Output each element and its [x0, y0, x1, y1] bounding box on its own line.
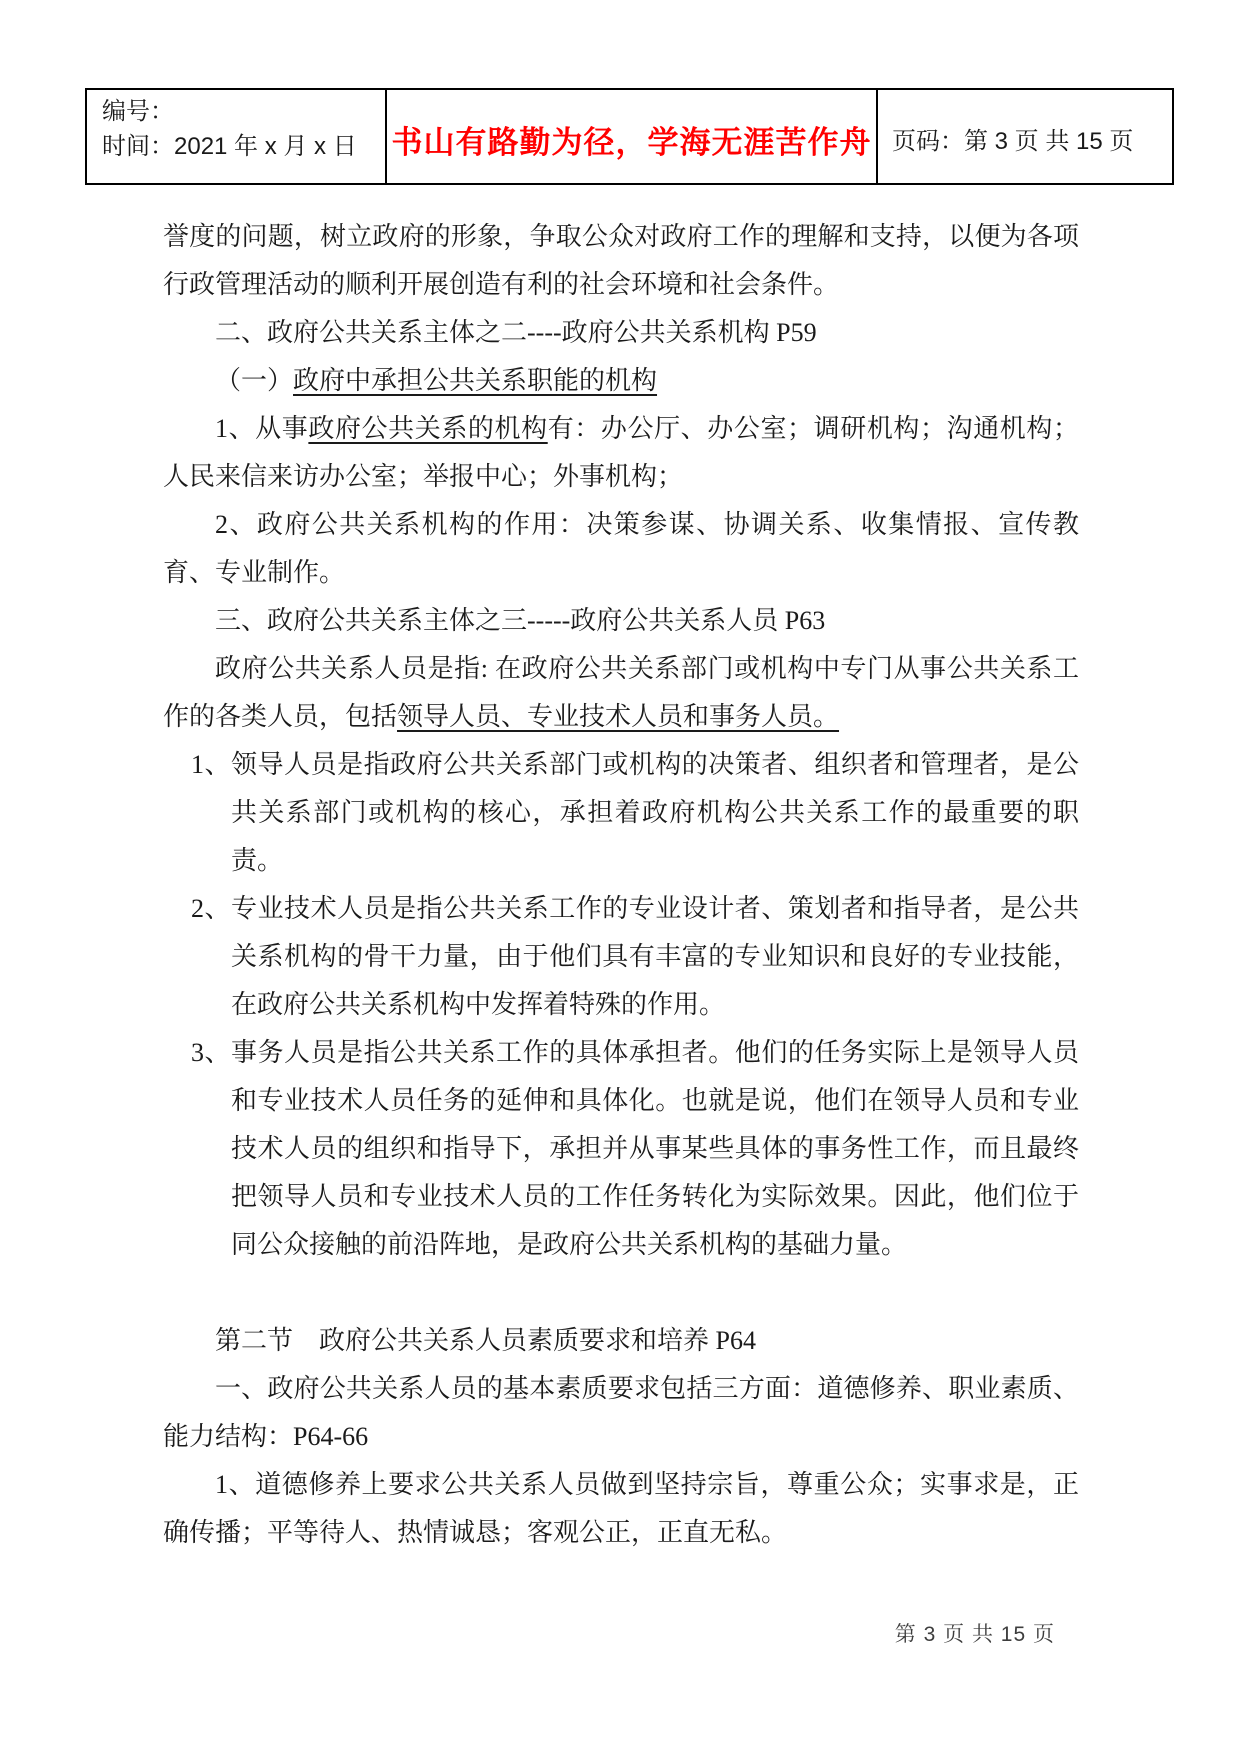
document-page: { "document": { "header": { "number_labe…	[0, 0, 1241, 1754]
text-run: 领导人员是指政府公共关系部门或机构的决策者、组织者和管理者，是公共关系部门或机构…	[231, 750, 1079, 875]
text-run: 1、从事	[215, 414, 308, 443]
text-run: （一）	[215, 366, 293, 395]
paragraph: 三、政府公共关系主体之三-----政府公共关系人员 P63	[163, 597, 1079, 645]
paragraph: 1、从事政府公共关系的机构有：办公厅、办公室；调研机构；沟通机构；人民来信来访办…	[163, 405, 1079, 501]
text-run: 事务人员是指公共关系工作的具体承担者。他们的任务实际上是领导人员和专业技术人员任…	[231, 1038, 1079, 1259]
text-run: 誉度的问题，树立政府的形象，争取公众对政府工作的理解和支持，以便为各项行政管理活…	[163, 222, 1079, 299]
list-marker: 3、	[191, 1038, 231, 1067]
text-run: 一、政府公共关系人员的基本素质要求包括三方面：道德修养、职业素质、能力结构：P6…	[163, 1374, 1079, 1451]
list-item: 1、领导人员是指政府公共关系部门或机构的决策者、组织者和管理者，是公共关系部门或…	[163, 741, 1079, 885]
underlined-text: 政府中承担公共关系职能的机构	[293, 366, 657, 395]
paragraph: 政府公共关系人员是指: 在政府公共关系部门或机构中专门从事公共关系工作的各类人员…	[163, 645, 1079, 741]
paragraph: （一）政府中承担公共关系职能的机构	[163, 357, 1079, 405]
paragraph: 一、政府公共关系人员的基本素质要求包括三方面：道德修养、职业素质、能力结构：P6…	[163, 1365, 1079, 1461]
underlined-text: 政府公共关系的机构	[308, 414, 547, 443]
paragraph: 2、政府公共关系机构的作用：决策参谋、协调关系、收集情报、宣传教育、专业制作。	[163, 501, 1079, 597]
list-item: 2、专业技术人员是指公共关系工作的专业设计者、策划者和指导者，是公共关系机构的骨…	[163, 885, 1079, 1029]
paragraph: 1、道德修养上要求公共关系人员做到坚持宗旨，尊重公众；实事求是，正确传播；平等待…	[163, 1461, 1079, 1557]
text-run: 第二节 政府公共关系人员素质要求和培养 P64	[215, 1326, 756, 1355]
doc-time-label: 时间：2021 年 x 月 x 日	[102, 129, 385, 164]
list-marker: 1、	[191, 750, 231, 779]
text-run: 1、道德修养上要求公共关系人员做到坚持宗旨，尊重公众；实事求是，正确传播；平等待…	[163, 1470, 1079, 1547]
page-footer: 第 3 页 共 15 页	[0, 1618, 1241, 1648]
header-page-cell: 页码：第 3 页 共 15 页	[877, 89, 1173, 184]
doc-number-label: 编号：	[102, 94, 385, 129]
text-run: 二、政府公共关系主体之二----政府公共关系机构 P59	[215, 318, 817, 347]
document-body: 誉度的问题，树立政府的形象，争取公众对政府工作的理解和支持，以便为各项行政管理活…	[163, 213, 1079, 1557]
paragraph: 二、政府公共关系主体之二----政府公共关系机构 P59	[163, 309, 1079, 357]
header-page-label: 页码：第 3 页 共 15 页	[892, 121, 1172, 156]
header-meta-cell: 编号： 时间：2021 年 x 月 x 日	[86, 89, 386, 184]
header-slogan: 书山有路勤为径，学海无涯苦作舟	[388, 117, 875, 162]
text-run: 2、政府公共关系机构的作用：决策参谋、协调关系、收集情报、宣传教育、专业制作。	[163, 510, 1079, 587]
list-marker: 2、	[191, 894, 231, 923]
blank-line	[163, 1269, 1079, 1317]
header-row: 编号： 时间：2021 年 x 月 x 日 书山有路勤为径，学海无涯苦作舟 页码…	[86, 89, 1173, 184]
paragraph: 誉度的问题，树立政府的形象，争取公众对政府工作的理解和支持，以便为各项行政管理活…	[163, 213, 1079, 309]
underlined-text: 领导人员、专业技术人员和事务人员。	[397, 702, 839, 731]
list-item: 3、事务人员是指公共关系工作的具体承担者。他们的任务实际上是领导人员和专业技术人…	[163, 1029, 1079, 1269]
paragraph: 第二节 政府公共关系人员素质要求和培养 P64	[163, 1317, 1079, 1365]
text-run: 专业技术人员是指公共关系工作的专业设计者、策划者和指导者，是公共关系机构的骨干力…	[231, 894, 1079, 1019]
footer-page-number: 第 3 页 共 15 页	[895, 1623, 1055, 1646]
header-slogan-cell: 书山有路勤为径，学海无涯苦作舟	[386, 89, 877, 184]
text-run: 三、政府公共关系主体之三-----政府公共关系人员 P63	[215, 606, 825, 635]
header-table: 编号： 时间：2021 年 x 月 x 日 书山有路勤为径，学海无涯苦作舟 页码…	[85, 88, 1174, 185]
